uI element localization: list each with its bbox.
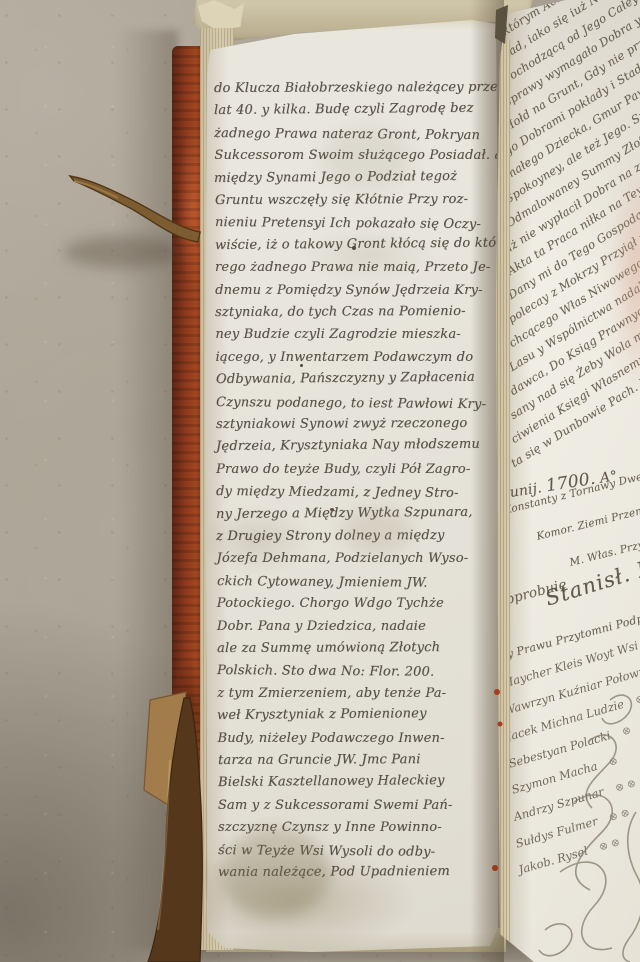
manuscript-line: ale za Summę umówioną Złotych — [217, 641, 440, 656]
book-shadow — [118, 30, 178, 950]
manuscript-line: Potockiego. Chorgo Wdgo Tychże — [217, 597, 444, 611]
manuscript-line: dy między Miedzami, z Jedney Stro- — [216, 485, 459, 501]
witness-cross-mark-icon: ⊗⊗ — [613, 776, 640, 795]
manuscript-line: z Drugiey Strony dolney a między — [216, 529, 445, 544]
witness-cross-mark-icon: ⊗⊗ — [633, 688, 640, 707]
photo-of-open-manuscript-book: 306 do Klucza Białobrzeskiego należącey … — [0, 0, 640, 962]
witness-cross-mark-icon: ⊗⊗ — [608, 804, 635, 823]
manuscript-line: wania należące, Pod Upadnieniem — [218, 865, 450, 880]
manuscript-line: lat 40. y kilka. Budę czyli Zagrodę bez — [214, 102, 474, 119]
manuscript-line: ści w Teyże Wsi Wysoli do odby- — [218, 844, 435, 860]
manuscript-line: Czynszu podanego, to iest Pawłowi Kry- — [216, 396, 486, 412]
manuscript-line: Prawo do teyże Budy, czyli Pół Zagro- — [216, 463, 470, 477]
manuscript-line: między Synami Jego o Podział tegoż — [214, 169, 457, 185]
manuscript-line: Józefa Dehmana, Podzielanych Wyso- — [217, 552, 469, 566]
manuscript-line: iącego, y Inwentarzem Podawczym do — [215, 351, 473, 365]
manuscript-line: żadnego Prawa nateraz Gront, Pokryan — [214, 127, 480, 143]
manuscript-line: Bielski Kasztellanowey Haleckiey — [218, 774, 445, 790]
manuscript-line: do Klucza Białobrzeskiego należącey prze… — [214, 81, 502, 97]
witness-cross-mark-icon: ⊗ — [607, 754, 622, 770]
manuscript-line: weł Krysztyniak z Pomienioney — [217, 707, 427, 723]
manuscript-line: rego żadnego Prawa nie maią, Przeto Je- — [215, 261, 491, 275]
manuscript-line: Sam y z Sukcessorami Swemi Pań- — [218, 799, 453, 813]
manuscript-line: ckich Cytowaney, Jmieniem JW. — [217, 575, 428, 591]
manuscript-line: tarza na Gruncie JW. Jmc Pani — [218, 753, 421, 768]
manuscript-line: szczyznę Czynsz y Inne Powinno- — [218, 821, 442, 835]
manuscript-line: sztyniakowi Synowi zwyż rzeczonego — [216, 417, 467, 432]
left-page: 306 do Klucza Białobrzeskiego należącey … — [202, 8, 502, 958]
manuscript-line: ny Jerzego a Między Wytka Szpunara, — [216, 505, 473, 522]
manuscript-line: wiście, iż o takowy Gront kłócą się do k… — [215, 236, 501, 253]
manuscript-line: Gruntu wszczęły się Kłótnie Przy roz- — [215, 193, 468, 208]
manuscript-line: Odbywania, Pańszczyzny y Zapłacenia — [215, 371, 474, 388]
manuscript-line: Jędrzeia, Krysztyniaka Nay młodszemu — [216, 438, 480, 455]
manuscript-line: z tym Zmierzeniem, aby tenże Pa- — [217, 687, 446, 701]
manuscript-line: nieniu Pretensyi Ich pokazało się Oczy- — [215, 216, 481, 232]
witness-name: Jakob. Rysel — [517, 844, 589, 877]
manuscript-line: sztyniaka, do tych Czas na Pomienio- — [215, 305, 466, 320]
witness-cross-mark-icon: ⊗ — [620, 722, 635, 738]
manuscript-line: Dobr. Pana y Dziedzica, nadaie — [217, 620, 426, 634]
witness-cross-mark-icon: ⊗⊗ — [597, 835, 624, 854]
manuscript-line: dnemu z Pomiędzy Synów Jędrzeia Kry- — [215, 284, 483, 298]
manuscript-line: Sukcessorom Swoim służącego Posiadał. a — [214, 149, 502, 163]
manuscript-line: ney Budzie czyli Zagrodzie mieszka- — [215, 328, 461, 342]
finger-blur — [596, 140, 640, 440]
manuscript-line: Budy, niżeley Podawczego Inwen- — [217, 732, 444, 746]
manuscript-line: Polskich. Sto dwa No: Flor. 200. — [217, 664, 434, 680]
